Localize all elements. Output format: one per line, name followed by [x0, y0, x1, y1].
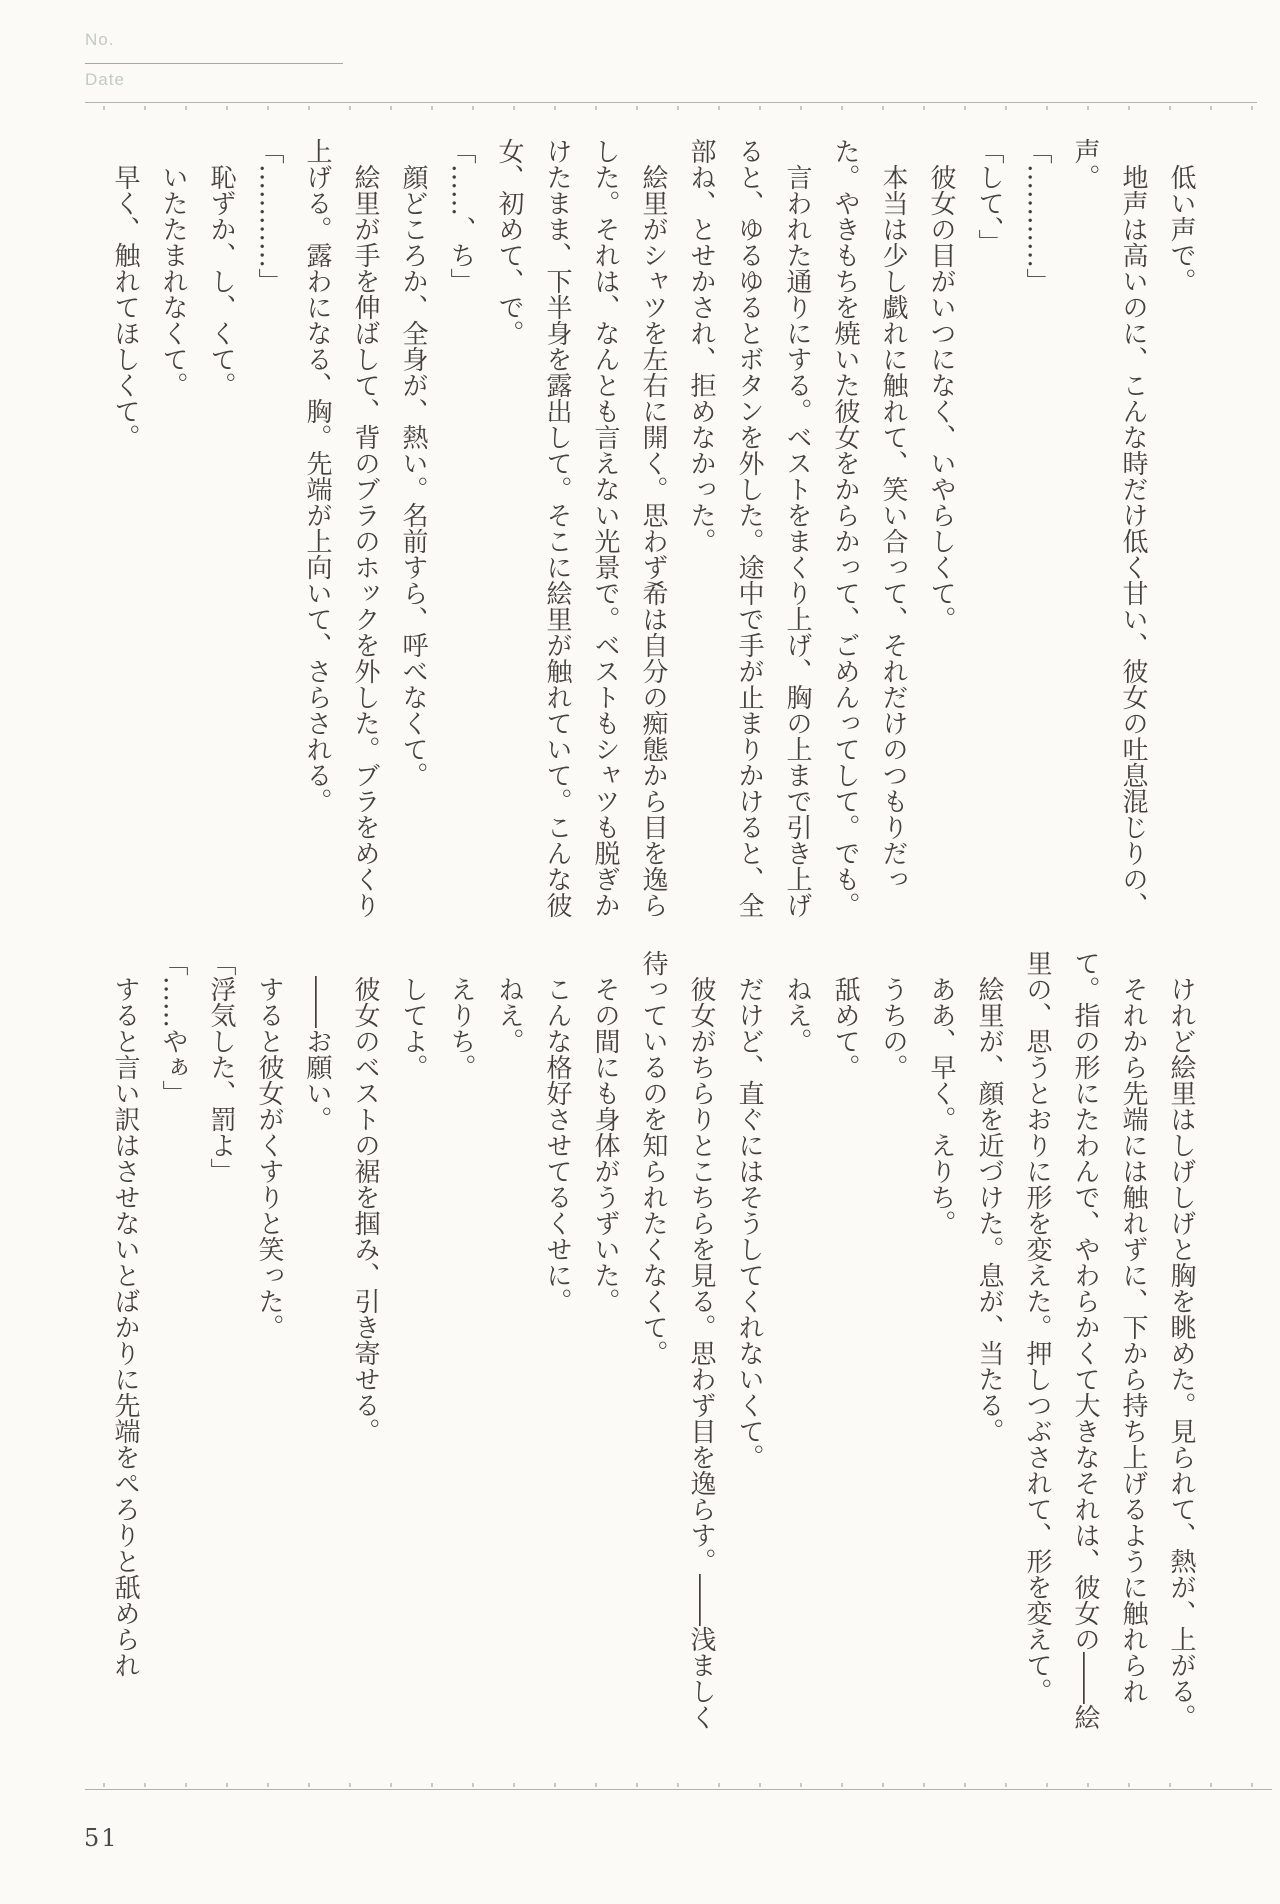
- text-band-upper: 低い声で。地声は高いのに、こんな時だけ低く甘い、彼女の吐息混じりの、声。「…………: [101, 138, 1205, 920]
- text-column-paragraph: 本当は少し戯れに触れて、笑い合って、それだけのつもりだった。やきもちを焼いた彼女…: [821, 138, 917, 920]
- text-column-paragraph: 彼女がちらりとこちらを見る。思わず目を逸らす。――浅ましく待っているのを知られた…: [629, 950, 725, 1732]
- scanned-novel-page: No. Date 低い声で。地声は高いのに、こんな時だけ低く甘い、彼女の吐息混じ…: [0, 0, 1280, 1904]
- text-column-paragraph: けれど絵里はしげしげと胸を眺めた。見られて、熱が、上がる。: [1157, 950, 1205, 1732]
- text-column-paragraph: うちの。: [869, 950, 917, 1732]
- bottom-rule-tick-marks: [103, 1783, 1268, 1787]
- no-label: No.: [85, 30, 114, 50]
- text-column-paragraph: 低い声で。: [1157, 138, 1205, 920]
- text-column-paragraph: 彼女のベストの裾を掴み、引き寄せる。: [341, 950, 389, 1732]
- text-column-paragraph: 「浮気した、罰よ」: [197, 950, 245, 1732]
- text-column-paragraph: こんな格好させてるくせに。: [533, 950, 581, 1732]
- top-rule-tick-marks: [103, 106, 1253, 110]
- text-column-paragraph: すると彼女がくすりと笑った。: [245, 950, 293, 1732]
- text-column-paragraph: 絵里が手を伸ばして、背のブラのホックを外した。ブラをめくり上げる。露わになる、胸…: [293, 138, 389, 920]
- text-column-paragraph: 「……、ち」: [437, 138, 485, 920]
- text-column-paragraph: 舐めて。: [821, 950, 869, 1732]
- date-label: Date: [85, 70, 125, 90]
- text-column-paragraph: 絵里がシャツを左右に開く。思わず希は自分の痴態から目を逸らした。それは、なんとも…: [485, 138, 677, 920]
- text-column-paragraph: その間にも身体がうずいた。: [581, 950, 629, 1732]
- text-column-paragraph: してよ。: [389, 950, 437, 1732]
- text-column-paragraph: それから先端には触れずに、下から持ち上げるように触れられて。指の形にたわんで、や…: [1013, 950, 1157, 1732]
- text-column-paragraph: ねえ。: [485, 950, 533, 1732]
- text-column-paragraph: 恥ずか、し、くて。: [197, 138, 245, 920]
- text-column-paragraph: 「…………」: [1013, 138, 1061, 920]
- text-column-paragraph: 「して、」: [965, 138, 1013, 920]
- bottom-ruled-line: [85, 1789, 1272, 1790]
- text-column-paragraph: だけど、直ぐにはそうしてくれないくて。: [725, 950, 773, 1732]
- text-column-paragraph: すると言い訳はさせないとばかりに先端をぺろりと舐められ: [101, 950, 149, 1732]
- text-band-lower: けれど絵里はしげしげと胸を眺めた。見られて、熱が、上がる。それから先端には触れず…: [101, 950, 1205, 1732]
- text-column-paragraph: 地声は高いのに、こんな時だけ低く甘い、彼女の吐息混じりの、声。: [1061, 138, 1157, 920]
- text-column-paragraph: 絵里が、顔を近づけた。息が、当たる。: [965, 950, 1013, 1732]
- no-underline: [85, 63, 343, 64]
- page-number: 51: [84, 1824, 119, 1852]
- text-column-paragraph: 「……やぁ」: [149, 950, 197, 1732]
- text-column-paragraph: ねえ。: [773, 950, 821, 1732]
- top-ruled-line: [85, 102, 1257, 103]
- text-column-paragraph: いたたまれなくて。: [149, 138, 197, 920]
- text-column-paragraph: 「…………」: [245, 138, 293, 920]
- text-column-paragraph: 言われた通りにする。ベストをまくり上げ、胸の上まで引き上げると、ゆるゆるとボタン…: [677, 138, 821, 920]
- text-column-paragraph: 顔どころか、全身が、熱い。名前すら、呼べなくて。: [389, 138, 437, 920]
- text-column-paragraph: ――お願い。: [293, 950, 341, 1732]
- text-column-paragraph: えりち。: [437, 950, 485, 1732]
- text-column-paragraph: ああ、早く。えりち。: [917, 950, 965, 1732]
- text-column-paragraph: 早く、触れてほしくて。: [101, 138, 149, 920]
- text-column-paragraph: 彼女の目がいつになく、いやらしくて。: [917, 138, 965, 920]
